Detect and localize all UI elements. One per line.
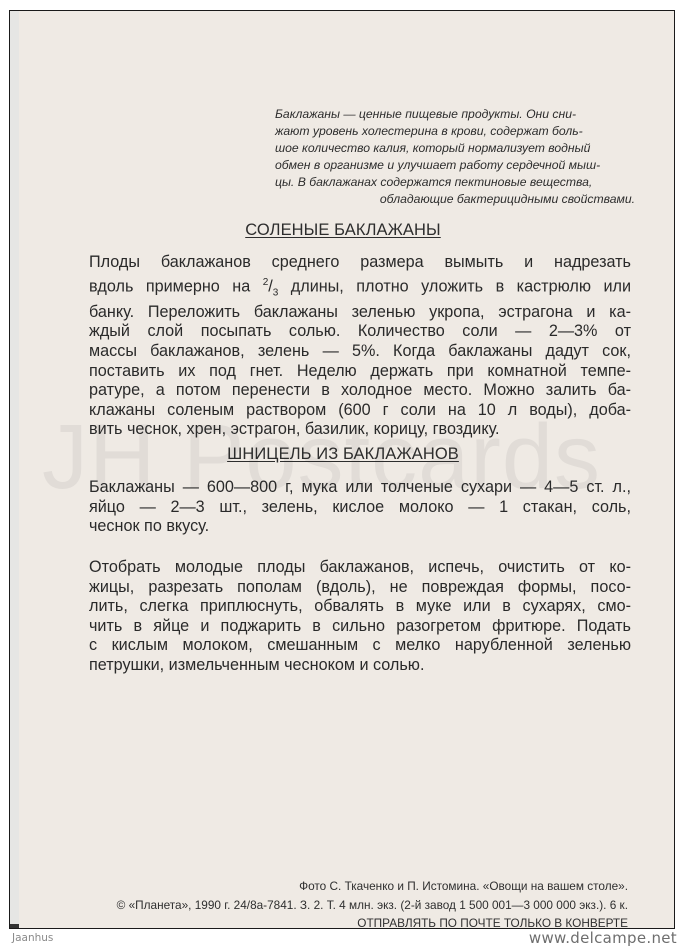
body-line: ратуре, а потом перенести в холодное мес…	[89, 381, 631, 401]
intro-line: жают уровень холестерина в крови, содерж…	[275, 123, 635, 140]
publication-info: © «Планета», 1990 г. 24/8а-7841. З. 2. Т…	[117, 896, 628, 915]
recipe-title-salted-eggplant: СОЛЕНЫЕ БАКЛАЖАНЫ	[10, 221, 675, 240]
body-line: ждый слой посыпать солью. Количество сол…	[89, 322, 631, 342]
recipe-method-schnitzel: Отобрать молодые плоды баклажанов, испеч…	[89, 558, 631, 676]
intro-line: шое количество калия, который нормализуе…	[275, 140, 635, 157]
mailing-note: ОТПРАВЛЯТЬ ПО ПОЧТЕ ТОЛЬКО В КОНВЕРТЕ	[117, 914, 628, 929]
body-line: поставить их под гнет. Неделю держать пр…	[89, 362, 631, 382]
card-edge-corner	[10, 924, 19, 928]
body-line: банку. Переложить баклажаны зеленью укро…	[89, 303, 631, 323]
site-watermark[interactable]: www.delcampe.net	[529, 929, 677, 947]
photo-credit: Фото С. Ткаченко и П. Истомина. «Овощи н…	[117, 877, 628, 896]
imprint-footer: Фото С. Ткаченко и П. Истомина. «Овощи н…	[117, 877, 628, 929]
recipe-ingredients-schnitzel: Баклажаны — 600—800 г, мука или толченые…	[89, 478, 631, 537]
seller-name: Jaanhus	[12, 932, 53, 944]
card-edge-strip	[10, 11, 19, 928]
body-line: чить в яйце и поджарить в сильно разогре…	[89, 617, 631, 637]
intro-line: Баклажаны — ценные пищевые продукты. Они…	[275, 106, 635, 123]
body-line: Баклажаны — 600—800 г, мука или толченые…	[89, 478, 631, 498]
body-line: клажаны соленым раствором (600 г соли на…	[89, 401, 631, 421]
body-line: Отобрать молодые плоды баклажанов, испеч…	[89, 558, 631, 578]
intro-line: обладающие бактерицидными свойствами.	[275, 191, 635, 208]
body-line-fraction: вдоль примерно на 2/3 длины, плотно улож…	[89, 273, 631, 303]
body-line: Плоды баклажанов среднего размера вымыть…	[89, 253, 631, 273]
intro-line: обмен в организме и улучшает работу серд…	[275, 157, 635, 174]
body-line: петрушки, измельченным чесноком и солью.	[89, 656, 631, 676]
postcard-back: JH Postcards Баклажаны — ценные пищевые …	[9, 10, 675, 929]
body-line: лить, слегка приплюснуть, обвалять в мук…	[89, 597, 631, 617]
body-line: вить чеснок, хрен, эстрагон, базилик, ко…	[89, 420, 631, 440]
body-line: яйцо — 2—3 шт., зелень, кислое молоко — …	[89, 498, 631, 518]
recipe-body-salted-eggplant: Плоды баклажанов среднего размера вымыть…	[89, 253, 631, 440]
recipe-title-eggplant-schnitzel: ШНИЦЕЛЬ ИЗ БАКЛАЖАНОВ	[10, 445, 675, 464]
intro-text: Баклажаны — ценные пищевые продукты. Они…	[275, 106, 635, 208]
intro-line: цы. В баклажанах содержатся пектиновые в…	[275, 174, 635, 191]
body-line: массы баклажанов, зелень — 5%. Когда бак…	[89, 342, 631, 362]
body-line: с кислым молоком, смешанным с мелко нару…	[89, 636, 631, 656]
body-line: чеснок по вкусу.	[89, 517, 631, 537]
body-line: жицы, разрезать пополам (вдоль), не повр…	[89, 578, 631, 598]
